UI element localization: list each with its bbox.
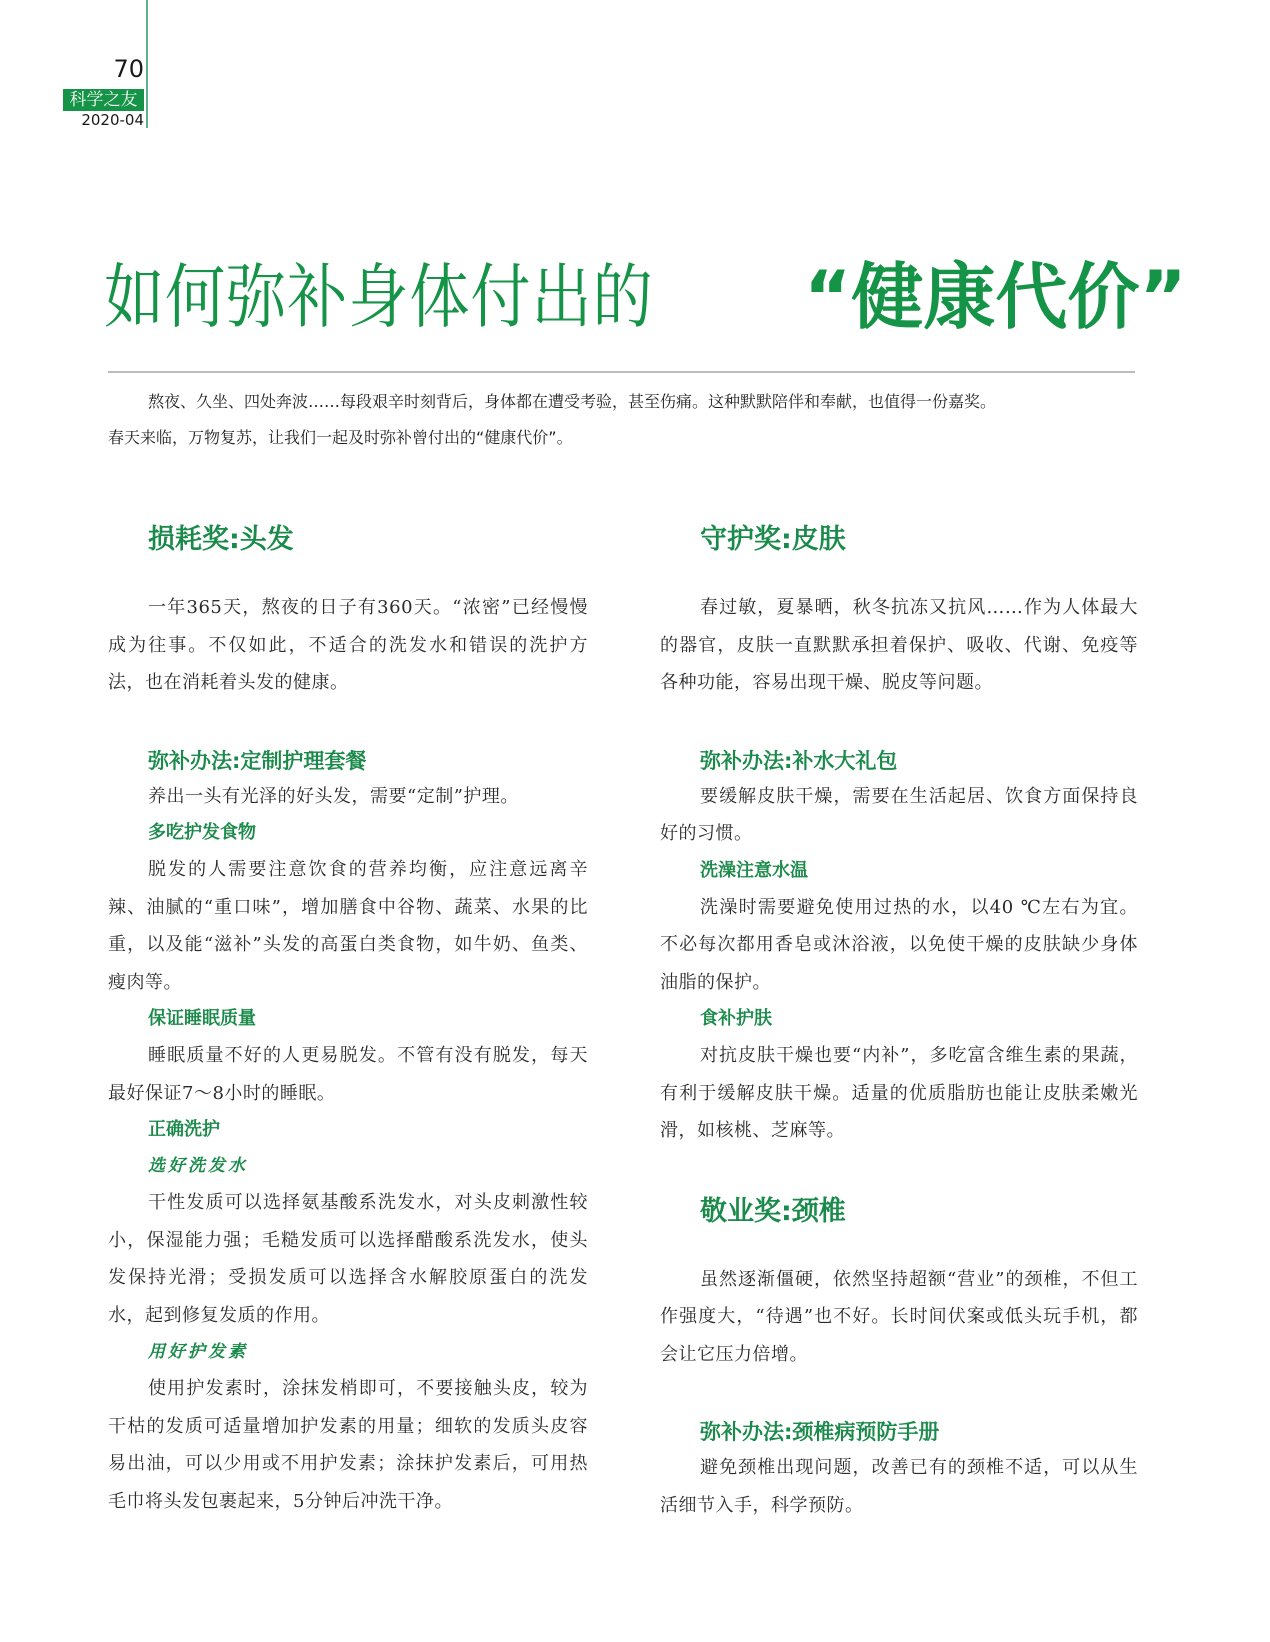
- article-title-light: 如何弥补身体付出的: [104, 252, 654, 342]
- text-conditioner: 使用护发素时，涂抹发梢即可，不要接触头皮，较为干枯的发质可适量增加护发素的用量；…: [108, 1370, 588, 1520]
- section-text-neck: 虽然逐渐僵硬，依然坚持超额“营业”的颈椎，不但工作强度大，“待遇”也不好。长时间…: [660, 1261, 1138, 1374]
- method-text-neck: 避免颈椎出现问题，改善已有的颈椎不适，可以从生活细节入手，科学预防。: [660, 1449, 1138, 1524]
- section-title-neck: 敬业奖:颈椎: [660, 1192, 1138, 1232]
- article-title: 如何弥补身体付出的 “健康代价”: [104, 252, 743, 361]
- method-text-hair: 养出一头有光泽的好头发，需要“定制”护理。: [108, 778, 588, 816]
- magazine-name-badge: 科学之友: [63, 89, 144, 111]
- section-title-hair: 损耗奖:头发: [108, 520, 588, 560]
- text-bath-temp: 洗澡时需要避免使用过热的水，以40 ℃左右为宜。不必每次都用香皂或沐浴液，以免使…: [660, 889, 1138, 1002]
- section-title-skin: 守护奖:皮肤: [660, 520, 1138, 560]
- text-shampoo: 干性发质可以选择氨基酸系洗发水，对头皮刺激性较小，保湿能力强；毛糙发质可以选择醋…: [108, 1184, 588, 1334]
- text-diet-skin: 对抗皮肤干燥也要“内补”，多吃富含维生素的果蔬，有利于缓解皮肤干燥。适量的优质脂…: [660, 1037, 1138, 1150]
- subheading-conditioner: 用好护发素: [108, 1334, 588, 1370]
- method-title-neck: 弥补办法:颈椎病预防手册: [660, 1415, 1138, 1449]
- subheading-bath-temp: 洗澡注意水温: [660, 853, 1138, 889]
- left-column: 损耗奖:头发 一年365天，熬夜的日子有360天。“浓密”已经慢慢成为往事。不仅…: [108, 520, 588, 1520]
- intro-line-2: 春天来临，万物复苏，让我们一起及时弥补曾付出的“健康代价”。: [108, 420, 1138, 456]
- method-title-hair: 弥补办法:定制护理套餐: [108, 744, 588, 778]
- text-hair-food: 脱发的人需要注意饮食的营养均衡，应注意远离辛辣、油腻的“重口味”，增加膳食中谷物…: [108, 851, 588, 1001]
- subheading-sleep: 保证睡眠质量: [108, 1001, 588, 1037]
- subheading-washing: 正确洗护: [108, 1112, 588, 1148]
- right-column: 守护奖:皮肤 春过敏，夏暴晒，秋冬抗冻又抗风……作为人体最大的器官，皮肤一直默默…: [660, 520, 1138, 1524]
- issue-date: 2020-04: [70, 111, 144, 129]
- margin-rule: [146, 0, 148, 128]
- method-title-skin: 弥补办法:补水大礼包: [660, 744, 1138, 778]
- subheading-shampoo: 选好洗发水: [108, 1148, 588, 1184]
- method-text-skin: 要缓解皮肤干燥，需要在生活起居、饮食方面保持良好的习惯。: [660, 778, 1138, 853]
- subheading-diet-skin: 食补护肤: [660, 1001, 1138, 1037]
- article-intro: 熬夜、久坐、四处奔波……每段艰辛时刻背后，身体都在遭受考验，甚至伤痛。这种默默陪…: [108, 384, 1138, 456]
- subheading-hair-food: 多吃护发食物: [108, 815, 588, 851]
- title-divider: [108, 371, 1135, 373]
- text-sleep: 睡眠质量不好的人更易脱发。不管有没有脱发，每天最好保证7～8小时的睡眠。: [108, 1037, 588, 1112]
- intro-line-1: 熬夜、久坐、四处奔波……每段艰辛时刻背后，身体都在遭受考验，甚至伤痛。这种默默陪…: [108, 384, 1138, 420]
- section-text-hair: 一年365天，熬夜的日子有360天。“浓密”已经慢慢成为往事。不仅如此，不适合的…: [108, 589, 588, 702]
- section-text-skin: 春过敏，夏暴晒，秋冬抗冻又抗风……作为人体最大的器官，皮肤一直默默承担着保护、吸…: [660, 589, 1138, 702]
- page-number: 70: [70, 54, 144, 84]
- article-title-bold: “健康代价”: [804, 252, 1187, 342]
